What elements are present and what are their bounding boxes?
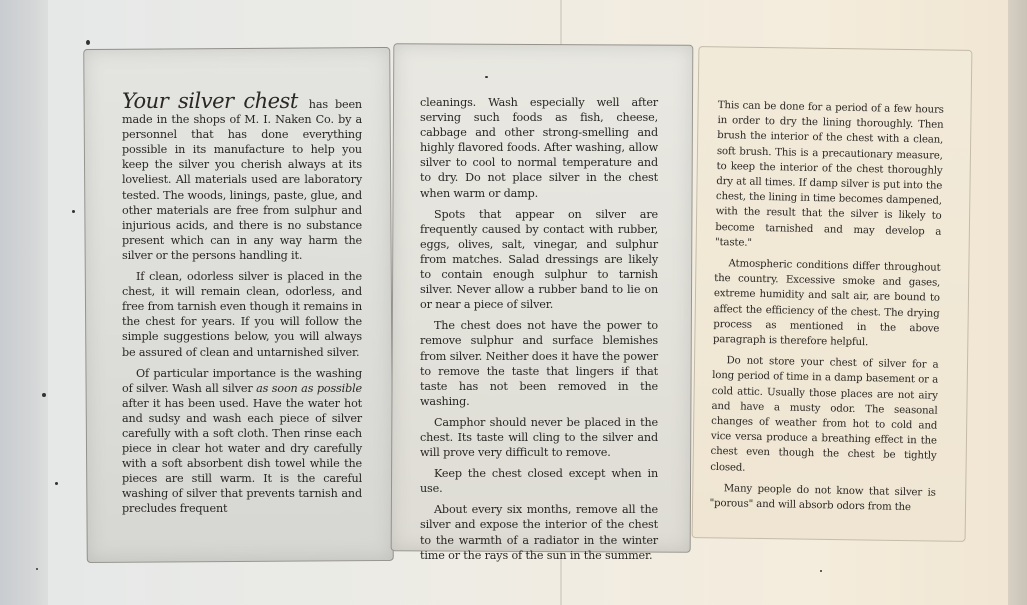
- column-2: cleanings. Wash especially well after se…: [420, 95, 658, 569]
- lead-in-heading: Your silver chest: [122, 89, 298, 113]
- paragraph: If clean, odorless silver is placed in t…: [122, 269, 362, 360]
- paragraph: Your silver chest has been made in the s…: [122, 94, 362, 263]
- speck: [86, 40, 90, 45]
- speck: [72, 210, 75, 213]
- paragraph: Keep the chest closed except when in use…: [420, 466, 658, 496]
- paragraph: About every six months, remove all the s…: [420, 502, 658, 562]
- paragraph: Camphor should never be placed in the ch…: [420, 415, 658, 460]
- speck: [485, 76, 488, 78]
- paragraph: The chest does not have the power to rem…: [420, 318, 658, 409]
- paragraph: Do not store your chest of silver for a …: [710, 353, 938, 479]
- column-3: This can be done for a period of a few h…: [709, 98, 944, 522]
- column-1: Your silver chest has been made in the s…: [122, 94, 362, 523]
- speck: [42, 393, 46, 397]
- emphasis: as soon as possible: [256, 382, 362, 395]
- speck: [55, 482, 58, 485]
- speck: [820, 570, 822, 572]
- paragraph: Many people do not know that silver is "…: [709, 481, 936, 516]
- paragraph: Spots that appear on silver are frequent…: [420, 207, 658, 313]
- paragraph: Atmospheric conditions differ throughout…: [713, 256, 941, 352]
- paragraph: Of particular importance is the washing …: [122, 366, 362, 517]
- speck: [36, 568, 38, 570]
- paragraph: cleanings. Wash especially well after se…: [420, 95, 658, 201]
- paragraph: This can be done for a period of a few h…: [715, 98, 944, 255]
